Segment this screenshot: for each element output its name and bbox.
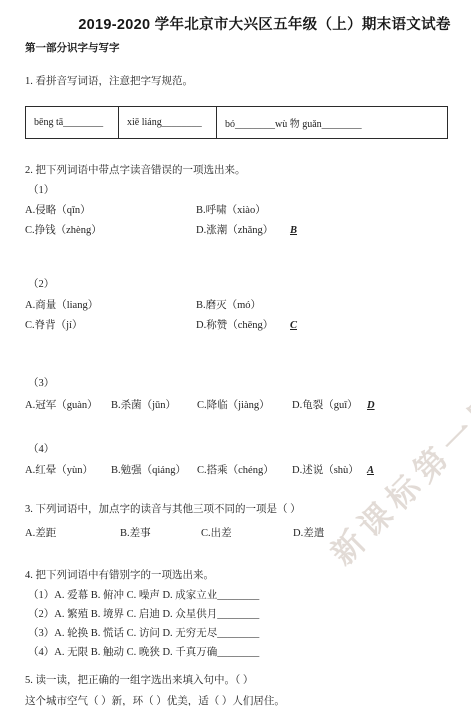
q2-group1-option-d: D.涨潮（zhǎng） [196, 224, 273, 237]
q2-group1-label: （1） [28, 184, 54, 197]
q2-group4-option-c: C.搭乘（chéng） [197, 464, 274, 477]
q2-group1-option-b: B.呼啸（xiào） [196, 204, 266, 217]
q3-prompt: 3. 下列词语中，加点字的读音与其他三项不同的一项是（ ） [25, 503, 301, 516]
q2-group1-answer: B [290, 224, 297, 237]
q2-group2-option-b: B.磨灭（mó） [196, 299, 261, 312]
exam-paper: 新课标第一网 2019-2020 学年北京市大兴区五年级（上）期末语文试卷 第一… [0, 0, 471, 706]
q2-group4-option-d: D.述说（shù） [292, 464, 359, 477]
q4-prompt: 4. 把下列词语中有错别字的一项选出来。 [25, 569, 214, 582]
q2-group1-option-a: A.侵略（qīn） [25, 204, 91, 217]
q2-group4-answer: A [367, 464, 374, 477]
q2-group3-option-a: A.冠军（guàn） [25, 399, 98, 412]
q2-prompt: 2. 把下列词语中带点字读音错误的一项选出来。 [25, 164, 246, 177]
pinyin-table: bēng tā________ xiē liáng________ bó____… [25, 106, 448, 139]
q5-prompt: 5. 读一读，把正确的一组字选出来填入句中。（ ） [25, 674, 253, 687]
q2-group4-label: （4） [28, 443, 54, 456]
q2-group2-option-a: A.商量（liang） [25, 299, 98, 312]
q2-group2-answer: C [290, 319, 297, 332]
q3-option-b: B.差事 [120, 527, 151, 540]
q2-group3-answer: D [367, 399, 375, 412]
q2-group3-label: （3） [28, 377, 54, 390]
q1-prompt: 1. 看拼音写词语，注意把字写规范。 [25, 75, 193, 88]
q5-sentence: 这个城市空气（ ）新，环（ ）优美，适（ ）人们居住。 [25, 695, 285, 706]
q4-item-1: （1）A. 爱幕 B. 俯冲 C. 噪声 D. 成家立业________ [28, 589, 259, 602]
q2-group2-option-c: C.脊背（jí） [25, 319, 82, 332]
pinyin-blank-1: bēng tā________ [26, 107, 118, 138]
section-heading: 第一部分识字与写字 [25, 42, 120, 55]
q2-group4-option-a: A.红晕（yùn） [25, 464, 93, 477]
pinyin-blank-3: bó________wù 物 guǎn________ [216, 107, 447, 138]
q3-option-a: A.差距 [25, 527, 56, 540]
pinyin-blank-2: xiē liáng________ [118, 107, 216, 138]
q2-group3-option-c: C.降临（jiàng） [197, 399, 270, 412]
q2-group2-label: （2） [28, 278, 54, 291]
q3-option-c: C.出差 [201, 527, 232, 540]
q4-item-2: （2）A. 繁殖 B. 境界 C. 启迪 D. 众星供月________ [28, 608, 259, 621]
q4-item-4: （4）A. 无限 B. 触动 C. 晚狭 D. 千真万确________ [28, 646, 259, 659]
q2-group3-option-d: D.龟裂（guī） [292, 399, 358, 412]
q4-item-3: （3）A. 轮换 B. 慌话 C. 访问 D. 无穷无尽________ [28, 627, 259, 640]
q2-group4-option-b: B.勉强（qiáng） [111, 464, 186, 477]
q2-group1-option-c: C.挣钱（zhèng） [25, 224, 102, 237]
q2-group2-option-d: D.称赞（chēng） [196, 319, 273, 332]
q3-option-d: D.差遣 [293, 527, 324, 540]
q2-group3-option-b: B.杀菌（jūn） [111, 399, 176, 412]
exam-title: 2019-2020 学年北京市大兴区五年级（上）期末语文试卷 [0, 13, 471, 34]
